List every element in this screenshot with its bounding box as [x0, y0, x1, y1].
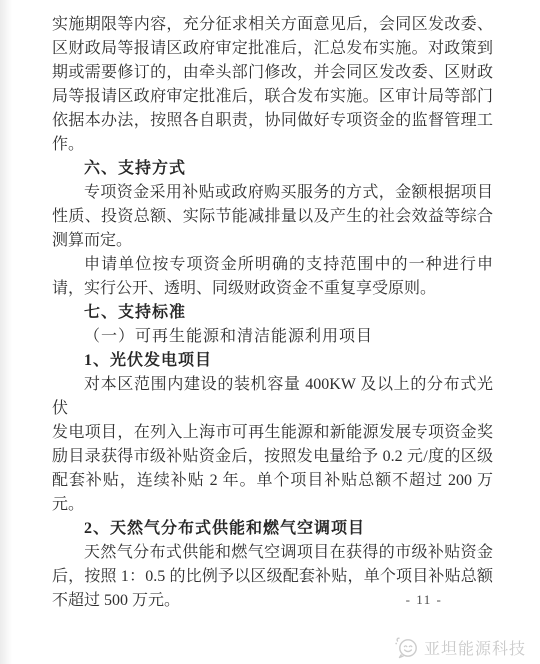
text-line: 1、光伏发电项目 — [52, 349, 493, 373]
paragraph: 实施期限等内容，充分征求相关方面意见后，会同区发改委、区财政局等报请区政府审定批… — [52, 13, 493, 157]
text-line: 作。 — [52, 133, 493, 157]
text-line: 发电项目，在列入上海市可再生能源和新能源发展专项资金奖 — [52, 421, 493, 445]
paragraph: 申请单位按专项资金所明确的支持范围中的一种进行申请，实行公开、透明、同级财政资金… — [52, 253, 493, 301]
text-line: 区财政局等报请区政府审定批准后，汇总发布实施。对政策到 — [52, 37, 493, 61]
text-line: 2、天然气分布式供能和燃气空调项目 — [52, 517, 493, 541]
text-line: 测算而定。 — [52, 229, 493, 253]
text-line: 依据本办法，按照各自职责，协同做好专项资金的监督管理工 — [52, 109, 493, 133]
text-line: 对本区范围内建设的装机容量 400KW 及以上的分布式光伏 — [52, 373, 493, 421]
text-line: 期或需要修订的，由牵头部门修改，并会同区发改委、区财政 — [52, 61, 493, 85]
document-page: 实施期限等内容，充分征求相关方面意见后，会同区发改委、区财政局等报请区政府审定批… — [0, 0, 540, 664]
text-line: 实施期限等内容，充分征求相关方面意见后，会同区发改委、 — [52, 13, 493, 37]
scan-edge-shading — [0, 0, 12, 664]
watermark-label: 亚坦能源科技 — [424, 636, 526, 659]
paragraph: 对本区范围内建设的装机容量 400KW 及以上的分布式光伏发电项目，在列入上海市… — [52, 373, 493, 517]
smiley-chat-icon — [394, 637, 420, 659]
text-line: 配套补贴，连续补贴 2 年。单个项目补贴总额不超过 200 万元。 — [52, 469, 493, 517]
page-number: - 11 - — [396, 592, 452, 608]
text-line: 局等报请区政府审定批准后，联合发布实施。区审计局等部门 — [52, 85, 493, 109]
document-content: 实施期限等内容，充分征求相关方面意见后，会同区发改委、区财政局等报请区政府审定批… — [52, 13, 493, 613]
text-line: 六、支持方式 — [52, 157, 493, 181]
subheading: （一）可再生能源和清洁能源利用项目 — [52, 325, 493, 349]
text-line: 申请单位按专项资金所明确的支持范围中的一种进行申 — [52, 253, 493, 277]
heading: 六、支持方式 — [52, 157, 493, 181]
watermark: 亚坦能源科技 — [394, 636, 526, 659]
text-line: 专项资金采用补贴或政府购买服务的方式，金额根据项目 — [52, 181, 493, 205]
text-line: 天然气分布式供能和燃气空调项目在获得的市级补贴资金 — [52, 541, 493, 565]
heading: 1、光伏发电项目 — [52, 349, 493, 373]
paragraph: 专项资金采用补贴或政府购买服务的方式，金额根据项目性质、投资总额、实际节能减排量… — [52, 181, 493, 253]
text-line: 励目录获得市级补贴资金后，按照发电量给予 0.2 元/度的区级 — [52, 445, 493, 469]
heading: 2、天然气分布式供能和燃气空调项目 — [52, 517, 493, 541]
text-line: 性质、投资总额、实际节能减排量以及产生的社会效益等综合 — [52, 205, 493, 229]
text-line: （一）可再生能源和清洁能源利用项目 — [52, 325, 493, 349]
text-line: 请，实行公开、透明、同级财政资金不重复享受原则。 — [52, 277, 493, 301]
heading: 七、支持标准 — [52, 301, 493, 325]
text-line: 七、支持标准 — [52, 301, 493, 325]
text-line: 后，按照 1：0.5 的比例予以区级配套补贴，单个项目补贴总额 — [52, 565, 493, 589]
